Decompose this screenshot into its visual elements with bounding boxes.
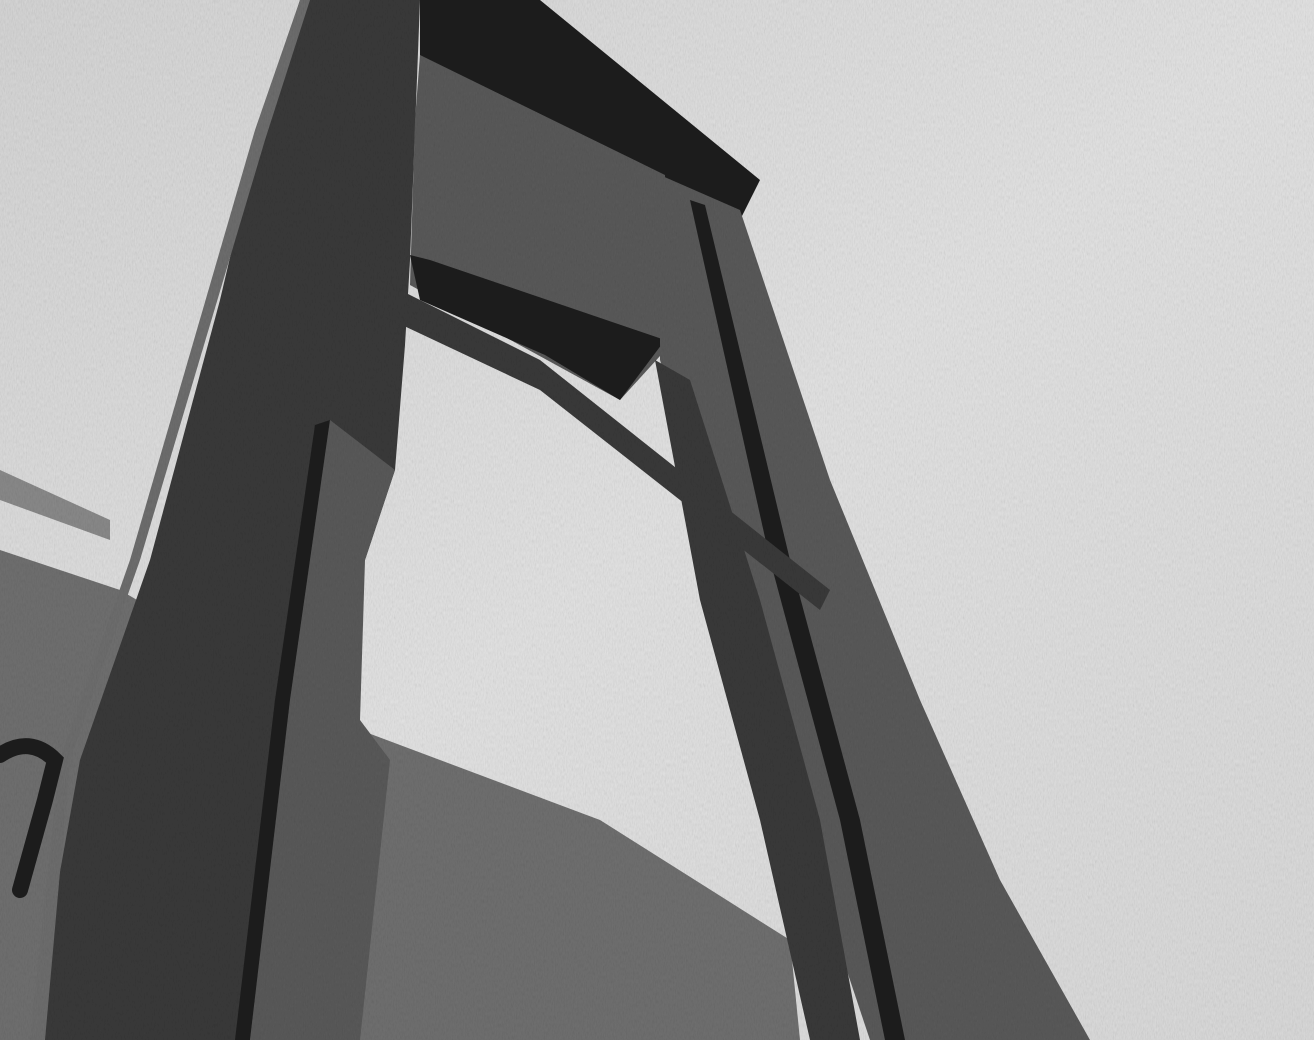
guillotine-scene [0,0,1314,1040]
film-still: Guillotine viewed from a low angle again… [0,0,1314,1040]
